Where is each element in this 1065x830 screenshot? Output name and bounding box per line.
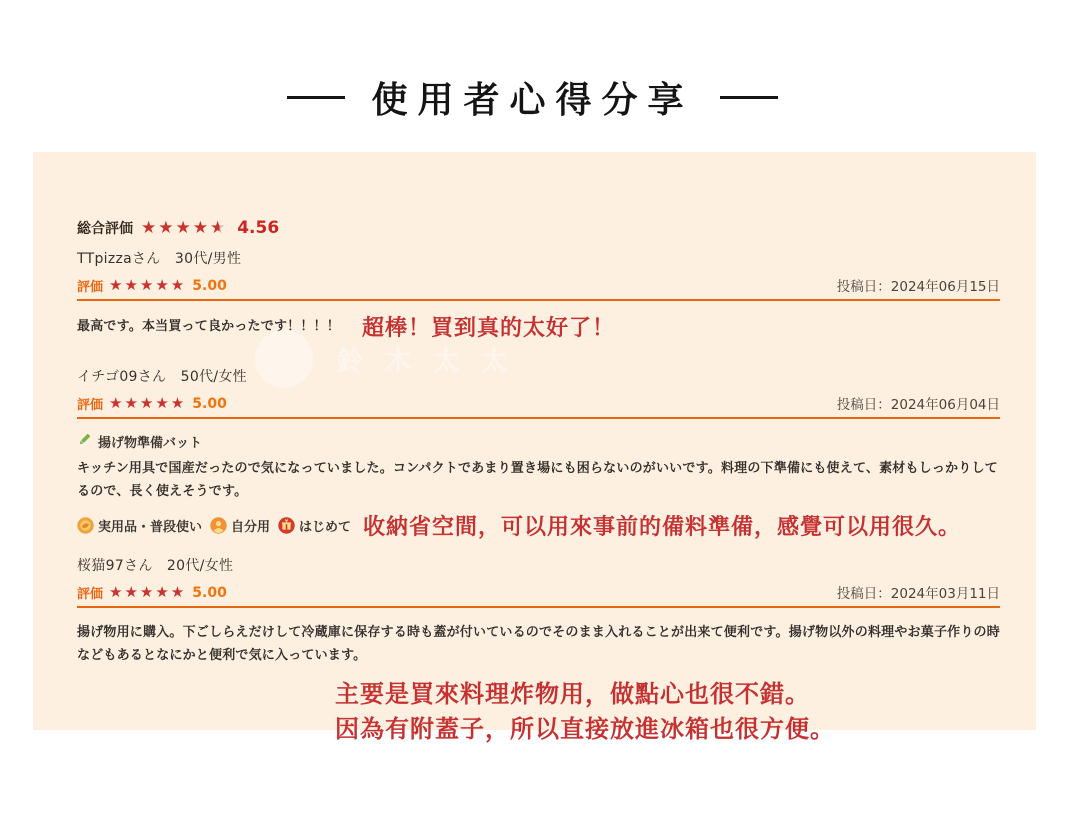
- page-title: 使用者心得分享: [371, 72, 693, 123]
- badge-row: 実用品・普段使い 自分用 はじめて 收納省空間，可以用來事前的備料準備，感覺可以…: [77, 510, 1000, 541]
- translation-text: 主要是買來料理炸物用，做點心也很不錯。: [335, 677, 1000, 712]
- rating-value: 5.00: [192, 278, 227, 294]
- gift-badge-icon: [278, 517, 295, 534]
- review-item: TTpizzaさん 30代/男性 評価 ★★★★★ 5.00 投稿日：2024年…: [77, 248, 1000, 342]
- post-date: 投稿日：2024年03月11日: [837, 582, 1000, 602]
- translation-text: 收納省空間，可以用來事前的備料準備，感覺可以用很久。: [363, 510, 961, 541]
- badge-for-self: 自分用: [210, 516, 270, 535]
- badge-label: 実用品・普段使い: [98, 516, 202, 535]
- post-date: 投稿日：2024年06月15日: [837, 275, 1000, 295]
- section-header: 使用者心得分享: [0, 72, 1065, 123]
- review-body: 最高です。本当買って良かったです！！！！: [77, 315, 340, 338]
- title-dash-right: [720, 96, 778, 99]
- reviewer-name: TTpizzaさん 30代/男性: [77, 248, 1000, 268]
- review-tag-label: 揚げ物準備バット: [98, 432, 202, 451]
- rating-stars-icon: ★★★★★: [109, 278, 186, 293]
- pencil-icon: [77, 432, 92, 451]
- rating-stars-icon: ★★★★★: [109, 585, 186, 600]
- overall-rating: 総合評価 ★★★★★ 4.56: [77, 218, 1000, 238]
- review-item: イチゴ09さん 50代/女性 評価 ★★★★★ 5.00 投稿日：2024年06…: [77, 366, 1000, 541]
- rating-value: 5.00: [192, 396, 227, 412]
- rating-label: 評価: [77, 276, 103, 295]
- title-dash-left: [287, 96, 345, 99]
- reviewer-name: 桜猫97さん 20代/女性: [77, 555, 1000, 575]
- rating-label: 評価: [77, 394, 103, 413]
- reviews-panel: 鈴木太太 総合評価 ★★★★★ 4.56 TTpizzaさん 30代/男性 評価…: [33, 152, 1036, 730]
- translation-text: 因為有附蓋子，所以直接放進冰箱也很方便。: [335, 712, 1000, 747]
- rating-value: 5.00: [192, 585, 227, 601]
- person-badge-icon: [210, 517, 227, 534]
- review-item: 桜猫97さん 20代/女性 評価 ★★★★★ 5.00 投稿日：2024年03月…: [77, 555, 1000, 747]
- post-date: 投稿日：2024年06月04日: [837, 393, 1000, 413]
- hand-badge-icon: [77, 517, 94, 534]
- rating-row: 評価 ★★★★★ 5.00 投稿日：2024年03月11日: [77, 582, 1000, 608]
- badge-label: 自分用: [231, 516, 270, 535]
- rating-row: 評価 ★★★★★ 5.00 投稿日：2024年06月15日: [77, 275, 1000, 301]
- badge-first-time: はじめて: [278, 516, 351, 535]
- review-body: 揚げ物用に購入。下ごしらえだけして冷蔵庫に保存する時も蓋が付いているのでそのまま…: [77, 621, 1000, 667]
- translation-text: 超棒！買到真的太好了！: [362, 311, 615, 342]
- badge-practical: 実用品・普段使い: [77, 516, 202, 535]
- rating-stars-icon: ★★★★★: [109, 396, 186, 411]
- overall-rating-label: 総合評価: [77, 218, 133, 238]
- half-star-icon: ★: [210, 220, 227, 237]
- review-body: キッチン用具で国産だったので気になっていました。コンパクトであまり置き場にも困ら…: [77, 457, 1000, 503]
- overall-stars-icon: ★★★★★: [141, 220, 227, 237]
- rating-row: 評価 ★★★★★ 5.00 投稿日：2024年06月04日: [77, 393, 1000, 419]
- translation-block: 主要是買來料理炸物用，做點心也很不錯。 因為有附蓋子，所以直接放進冰箱也很方便。: [335, 677, 1000, 747]
- rating-label: 評価: [77, 583, 103, 602]
- badge-label: はじめて: [299, 516, 351, 535]
- reviewer-name: イチゴ09さん 50代/女性: [77, 366, 1000, 386]
- review-tag: 揚げ物準備バット: [77, 432, 1000, 451]
- overall-score: 4.56: [237, 218, 279, 238]
